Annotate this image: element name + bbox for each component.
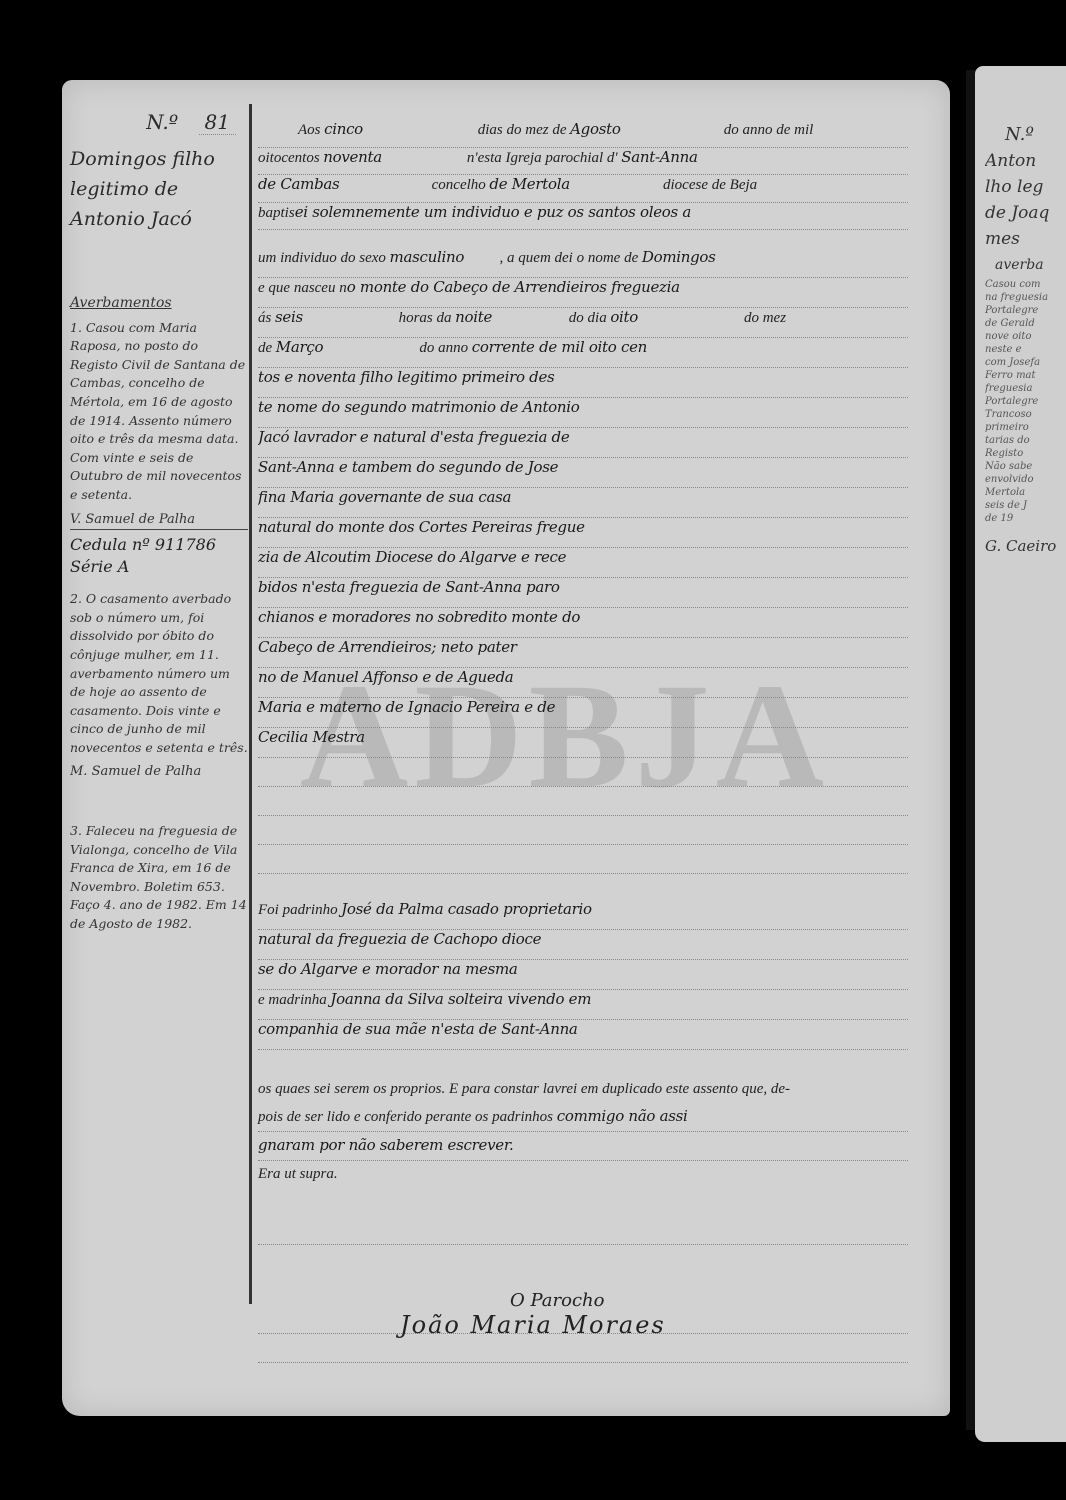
printed-text: ás bbox=[258, 310, 271, 326]
facing-annotation-line: seis de J bbox=[985, 499, 1065, 512]
handwritten-text: chianos e moradores no sobredito monte d… bbox=[258, 608, 580, 626]
blank-line bbox=[258, 1216, 908, 1245]
printed-text: oitocentos bbox=[258, 150, 320, 166]
entry-line: um individuo do sexo masculino, a quem d… bbox=[258, 248, 908, 278]
facing-annotation-line: Casou com bbox=[985, 278, 1065, 291]
entry-line: oitocentos noventa n'esta Igreja parochi… bbox=[258, 148, 908, 176]
facing-annotation-line: de Gerald bbox=[985, 317, 1065, 330]
facing-annotation-line: na freguesia bbox=[985, 291, 1065, 304]
entry-number: N.º 81 bbox=[70, 110, 248, 134]
handwritten-text: Maria e materno de Ignacio Pereira e de bbox=[258, 698, 555, 716]
printed-text: um individuo do sexo bbox=[258, 250, 386, 266]
handwritten-text: companhia de sua mãe n'esta de Sant-Anna bbox=[258, 1020, 578, 1038]
handwritten-time-of-day: noite bbox=[455, 308, 565, 326]
handwritten-text: Jacó lavrador e natural d'esta freguezia… bbox=[258, 428, 569, 446]
handwritten-text: natural da freguezia de Cachopo dioce bbox=[258, 930, 541, 948]
annotation-3: 3. Faleceu na freguesia de Vialonga, con… bbox=[70, 822, 248, 934]
annotation-1: 1. Casou com Maria Raposa, no posto do R… bbox=[70, 319, 248, 505]
printed-text: os quaes sei serem os proprios. E para c… bbox=[258, 1076, 908, 1103]
handwritten-text: se do Algarve e morador na mesma bbox=[258, 960, 518, 978]
printed-text: n'esta Igreja parochial d' bbox=[467, 150, 618, 166]
facing-entry-number-label: N.º bbox=[1005, 122, 1065, 148]
printed-text: , a quem dei o nome de bbox=[500, 250, 639, 266]
entry-line: Cabeço de Arrendieiros; neto pater bbox=[258, 638, 908, 668]
handwritten-text: fina Maria governante de sua casa bbox=[258, 488, 511, 506]
priest-signature: O Parocho João Maria Moraes bbox=[400, 1290, 666, 1339]
handwritten-parish: Sant-Anna bbox=[621, 148, 697, 166]
printed-text: concelho bbox=[432, 177, 486, 193]
printed-text: do dia bbox=[569, 310, 607, 326]
printed-text: do anno bbox=[419, 340, 468, 356]
annotations: Averbamentos 1. Casou com Maria Raposa, … bbox=[70, 294, 248, 934]
entry-line: Aos cinco dias do mez de Agosto do anno … bbox=[258, 120, 908, 148]
facing-annotation: Casou comna freguesiaPortalegrede Gerald… bbox=[985, 278, 1065, 525]
margin-name-note: Domingos filho legitimo de Antonio Jacó bbox=[70, 144, 248, 234]
printed-text: Foi padrinho bbox=[258, 902, 338, 918]
margin-rule bbox=[249, 104, 252, 1304]
handwritten-godmother: Joanna da Silva solteira vivendo em bbox=[330, 990, 591, 1008]
facing-line: lho leg bbox=[985, 174, 1065, 200]
facing-annotation-line: freguesia bbox=[985, 382, 1065, 395]
facing-annotation-line: Não sabe bbox=[985, 460, 1065, 473]
entry-body: Aos cinco dias do mez de Agosto do anno … bbox=[258, 120, 908, 1363]
facing-line: de Joaq bbox=[985, 200, 1065, 226]
blank-line bbox=[258, 787, 908, 816]
handwritten-birth-day: oito bbox=[610, 308, 740, 326]
entry-number-label: N.º bbox=[146, 110, 178, 134]
margin-column: N.º 81 Domingos filho legitimo de Antoni… bbox=[70, 110, 248, 940]
entry-line: tos e noventa filho legitimo primeiro de… bbox=[258, 368, 908, 398]
facing-annotation-line: Portalegre bbox=[985, 304, 1065, 317]
entry-line: zia de Alcoutim Diocese do Algarve e rec… bbox=[258, 548, 908, 578]
handwritten-text: tos e noventa filho legitimo primeiro de… bbox=[258, 368, 554, 386]
entry-line: baptisei solemnemente um individuo e puz… bbox=[258, 203, 908, 231]
handwritten-godfather: José da Palma casado proprietario bbox=[341, 900, 592, 918]
godmother-line: e madrinha Joanna da Silva solteira vive… bbox=[258, 990, 908, 1020]
blank-line bbox=[258, 758, 908, 787]
handwritten-birthplace: o monte do Cabeço de Arrendieiros fregue… bbox=[347, 278, 680, 296]
entry-line: te nome do segundo matrimonio de Antonio bbox=[258, 398, 908, 428]
printed-text: e madrinha bbox=[258, 992, 327, 1008]
entry-line: Jacó lavrador e natural d'esta freguezia… bbox=[258, 428, 908, 458]
facing-annotation-line: nove oito bbox=[985, 330, 1065, 343]
cedula-number: Cedula nº 911786 Série A bbox=[70, 534, 248, 578]
printed-text: pois de ser lido e conferido perante os … bbox=[258, 1109, 553, 1125]
facing-annotation-line: de 19 bbox=[985, 512, 1065, 525]
blank-line bbox=[258, 845, 908, 874]
entry-line: se do Algarve e morador na mesma bbox=[258, 960, 908, 990]
handwritten-text: Cabeço de Arrendieiros; neto pater bbox=[258, 638, 517, 656]
cedula-label: Cedula nº 911786 bbox=[70, 534, 248, 556]
handwritten-text: ei solemnemente um individuo e puz os sa… bbox=[295, 203, 691, 221]
printed-text: de bbox=[258, 340, 272, 356]
entry-line: companhia de sua mãe n'esta de Sant-Anna bbox=[258, 1020, 908, 1050]
facing-annotation-heading: averba bbox=[995, 252, 1065, 278]
handwritten-text: natural do monte dos Cortes Pereiras fre… bbox=[258, 518, 585, 536]
facing-annotation-line: neste e bbox=[985, 343, 1065, 356]
facing-annotation-line: Portalegre bbox=[985, 395, 1065, 408]
entry-line: no de Manuel Affonso e de Agueda bbox=[258, 668, 908, 698]
handwritten-month: Agosto bbox=[570, 120, 720, 138]
handwritten-text: Sant-Anna e tambem do segundo de Jose bbox=[258, 458, 558, 476]
entry-line: bidos n'esta freguezia de Sant-Anna paro bbox=[258, 578, 908, 608]
handwritten-text: gnaram por não saberem escrever. bbox=[258, 1136, 514, 1154]
facing-annotation-line: Trancoso bbox=[985, 408, 1065, 421]
handwritten-text: te nome do segundo matrimonio de Antonio bbox=[258, 398, 580, 416]
handwritten-birth-month: Março bbox=[276, 338, 416, 356]
annotations-heading: Averbamentos bbox=[70, 294, 248, 313]
handwritten-text: Cecilia Mestra bbox=[258, 728, 365, 746]
handwritten-parish: de Cambas bbox=[258, 175, 428, 193]
blank-line bbox=[258, 816, 908, 845]
serie-label: Série A bbox=[70, 556, 248, 578]
entry-line: Sant-Anna e tambem do segundo de Jose bbox=[258, 458, 908, 488]
handwritten-text: zia de Alcoutim Diocese do Algarve e rec… bbox=[258, 548, 566, 566]
facing-page-text: N.º Anton lho leg de Joaq mes averba Cas… bbox=[985, 120, 1065, 559]
printed-text: Aos bbox=[298, 122, 321, 138]
facing-line: Anton bbox=[985, 148, 1065, 174]
handwritten-text: no de Manuel Affonso e de Agueda bbox=[258, 668, 513, 686]
entry-line: natural do monte dos Cortes Pereiras fre… bbox=[258, 518, 908, 548]
godfather-line: Foi padrinho José da Palma casado propri… bbox=[258, 900, 908, 930]
annotation-1-signature: V. Samuel de Palha bbox=[70, 511, 248, 531]
handwritten-county: de Mertola bbox=[489, 175, 659, 193]
signature-name: João Maria Moraes bbox=[400, 1311, 666, 1339]
handwritten-year: noventa bbox=[323, 148, 463, 166]
handwritten-birth-year: corrente de mil oito cen bbox=[472, 338, 647, 356]
entry-line: fina Maria governante de sua casa bbox=[258, 488, 908, 518]
entry-line: de Março do anno corrente de mil oito ce… bbox=[258, 338, 908, 368]
printed-text: e que nasceu n bbox=[258, 280, 347, 296]
entry-line: e que nasceu no monte do Cabeço de Arren… bbox=[258, 278, 908, 308]
signature-title: O Parocho bbox=[510, 1290, 666, 1311]
entry-number-value: 81 bbox=[199, 110, 236, 135]
facing-annotation-line: envolvido bbox=[985, 473, 1065, 486]
printed-text: dias do mez de bbox=[478, 122, 567, 138]
facing-annotation-line: Mertola bbox=[985, 486, 1065, 499]
handwritten-text: commigo não assi bbox=[557, 1107, 688, 1125]
handwritten-text: bidos n'esta freguezia de Sant-Anna paro bbox=[258, 578, 560, 596]
facing-annotation-line: primeiro bbox=[985, 421, 1065, 434]
entry-line: Maria e materno de Ignacio Pereira e de bbox=[258, 698, 908, 728]
facing-signature: G. Caeiro bbox=[985, 533, 1065, 559]
handwritten-sex: masculino bbox=[390, 248, 500, 266]
annotation-2-signature: M. Samuel de Palha bbox=[70, 763, 248, 782]
entry-line: chianos e moradores no sobredito monte d… bbox=[258, 608, 908, 638]
printed-text: do mez bbox=[744, 310, 786, 326]
handwritten-hour: seis bbox=[275, 308, 395, 326]
annotation-2: 2. O casamento averbado sob o número um,… bbox=[70, 590, 248, 757]
facing-line: mes bbox=[985, 226, 1065, 252]
facing-annotation-line: com Josefa bbox=[985, 356, 1065, 369]
printed-text: diocese de Beja bbox=[663, 177, 757, 193]
entry-line: natural da freguezia de Cachopo dioce bbox=[258, 930, 908, 960]
entry-line: Cecilia Mestra bbox=[258, 728, 908, 758]
era-ut-supra: Era ut supra. bbox=[258, 1161, 908, 1188]
facing-annotation-line: Ferro mat bbox=[985, 369, 1065, 382]
entry-line: de Cambas concelho de Mertola diocese de… bbox=[258, 175, 908, 203]
facing-annotation-line: Registo bbox=[985, 447, 1065, 460]
facing-annotation-line: tarias do bbox=[985, 434, 1065, 447]
printed-text: baptis bbox=[258, 205, 295, 221]
printed-text: horas da bbox=[399, 310, 452, 326]
entry-line: ás seis horas da noite do dia oito do me… bbox=[258, 308, 908, 338]
printed-text: do anno de mil bbox=[724, 122, 814, 138]
handwritten-day: cinco bbox=[324, 120, 474, 138]
closing-statement: os quaes sei serem os proprios. E para c… bbox=[258, 1076, 908, 1188]
handwritten-given-name: Domingos bbox=[642, 248, 716, 266]
